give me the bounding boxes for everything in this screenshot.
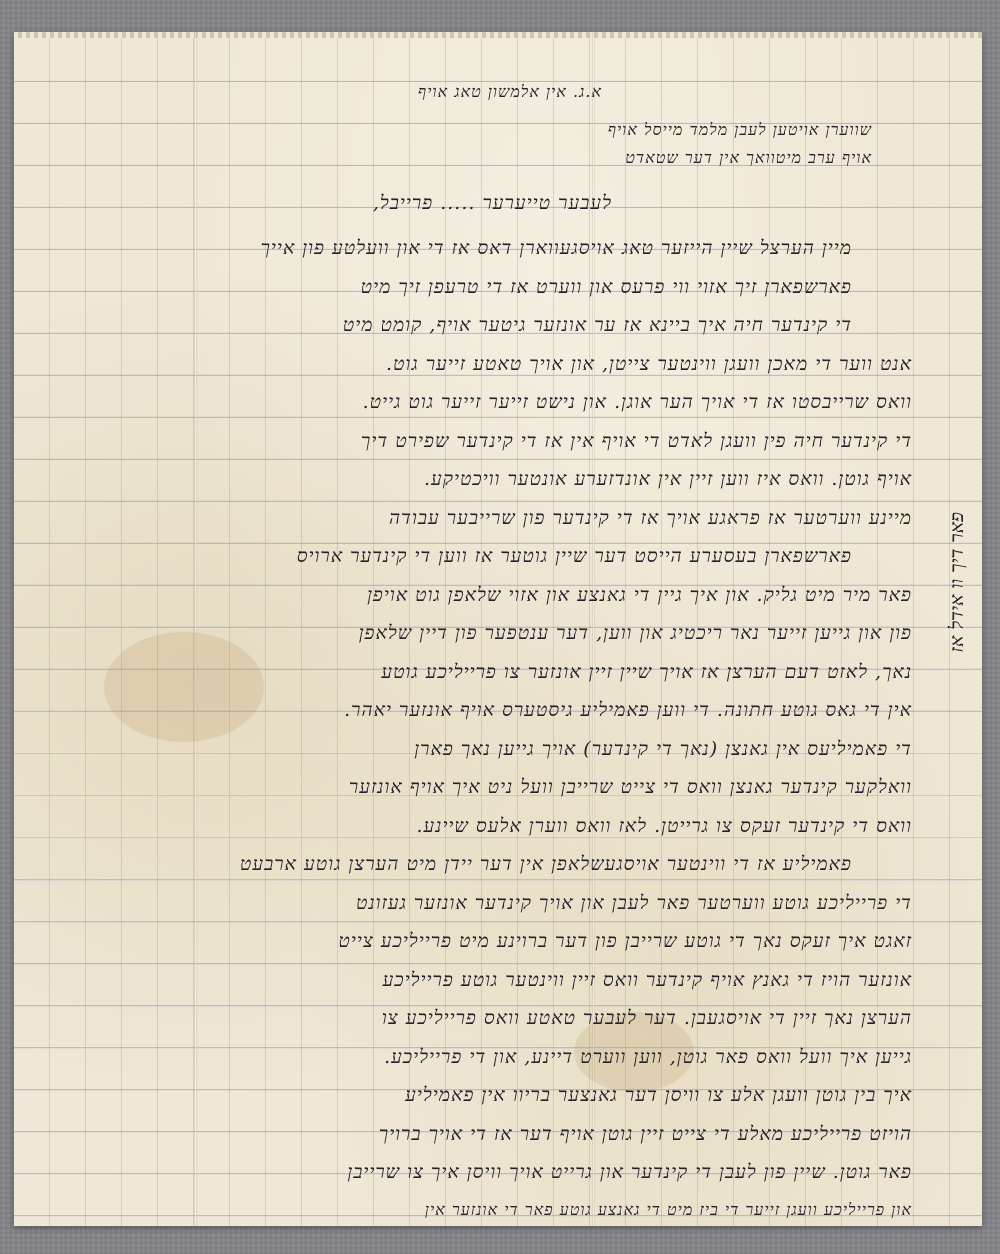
body-line: הויזט פרייליכע מאלע די צייט זיין גוטן או… — [34, 1123, 912, 1146]
body-line: די קינדער חיה איך ביינא אז ער אונזער גיט… — [34, 314, 912, 337]
body-line: פאמיליע אז די ווינטער אויסגעשלאפן אין דע… — [34, 853, 912, 876]
margin-note: פאר דיך וו אידל אז — [946, 512, 968, 652]
body-line: איך בין גוטן וועגן אלע צו וויסן דער גאנצ… — [34, 1084, 912, 1107]
body-line: נאך, לאזט דעם הערצן אז אויך שיין זיין או… — [34, 661, 912, 684]
body-line: פארשפארן זיך אזוי ווי פרעס און ווערט אז … — [34, 276, 912, 299]
body-line: אנט ווער די מאכן וועגן ווינטער צייטן, או… — [34, 353, 912, 376]
body-line: מיינע ווערטער אז פראגע אויך אז די קינדער… — [34, 507, 912, 530]
letter-text: א.ג. אין אלמשון טאג אויף שווערן אויטען ל… — [34, 72, 912, 1216]
body-line: און פרייליכע וועגן זייער די ביז מיט די ג… — [34, 1200, 912, 1220]
body-line: וואס די קינדער זעקס צו גרייטן. לאז וואס … — [34, 815, 912, 838]
body-line: אין די גאס גוטע חתונה. די ווען פאמיליע ג… — [34, 699, 912, 722]
body-line: פון און גייען זייער נאר ריכטיג און ווען,… — [34, 622, 912, 645]
salutation: לעבער טייערער ..... פרייבל, — [34, 192, 912, 215]
header-line: א.ג. אין אלמשון טאג אויף — [34, 82, 912, 102]
body-line: אויף גוטן. וואס איז ווען זיין אין אונדזע… — [34, 468, 912, 491]
body-line: די פרייליכע גוטע ווערטער פאר לעבן און או… — [34, 892, 912, 915]
body-line: הערצן נאך זיין די אויסגעבן. דער לעבער טא… — [34, 1007, 912, 1030]
perforated-top-edge — [14, 32, 982, 38]
body-line: זאגט איך זעקס נאך די גוטע שרייבן פון דער… — [34, 930, 912, 953]
header-line: שווערן אויטען לעבן מלמד מייסל אויף — [34, 120, 912, 140]
body-line: די פאמיליעס אין גאנצן (נאך די קינדער) או… — [34, 738, 912, 761]
letter-paper: א.ג. אין אלמשון טאג אויף שווערן אויטען ל… — [14, 32, 982, 1226]
body-line: אונזער הויז די גאנץ אויף קינדער וואס זיי… — [34, 969, 912, 992]
body-line: וואלקער קינדער גאנצן וואס די צייט שרייבן… — [34, 776, 912, 799]
body-line: פאר מיר מיט גליק. און איך גיין די גאנצע … — [34, 584, 912, 607]
body-line: פאר גוטן. שיין פון לעבן די קינדער און גר… — [34, 1161, 912, 1184]
header-line: אויף ערב מיטוואך אין דער שטאדט — [34, 148, 912, 168]
body-line: די קינדער חיה פין וועגן לאדט די אויף אין… — [34, 430, 912, 453]
body-line: פארשפארן בעסערע הייסט דער שיין גוטער אז … — [34, 545, 912, 568]
body-line: וואס שרייבסטו אז די אויך הער אוגן. און נ… — [34, 391, 912, 414]
body-line: גייען איך וועל וואס פאר גוטן, ווען ווערט… — [34, 1046, 912, 1069]
body-line: מיין הערצל שיין הייזער טאג אויסגעווארן ד… — [34, 237, 912, 260]
